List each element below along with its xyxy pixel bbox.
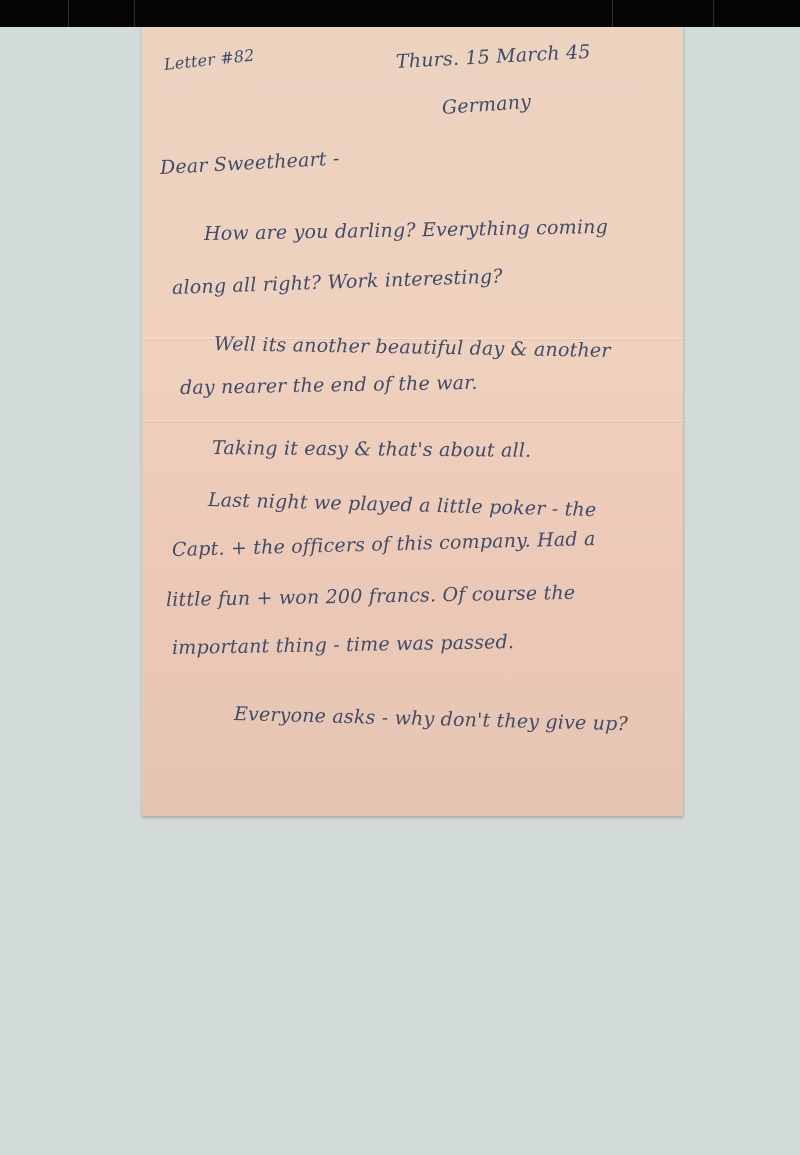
scanner-mark	[68, 0, 69, 27]
letter-place: Germany	[441, 91, 532, 119]
letter-number: Letter #82	[163, 46, 255, 74]
letter-date: Thurs. 15 March 45	[395, 41, 591, 73]
scanner-top-bar	[0, 0, 800, 27]
letter-paper: Letter #82 Thurs. 15 March 45 Germany De…	[142, 27, 683, 816]
paper-fold-line	[142, 420, 683, 421]
letter-salutation: Dear Sweetheart -	[159, 148, 340, 179]
letter-line: Taking it easy & that's about all.	[212, 437, 532, 462]
scanner-mark	[612, 0, 613, 27]
letter-line: little fun + won 200 francs. Of course t…	[166, 582, 576, 611]
scanner-mark	[713, 0, 714, 27]
letter-line: Capt. + the officers of this company. Ha…	[172, 528, 596, 561]
scanner-mark	[134, 0, 135, 27]
letter-line: along all right? Work interesting?	[172, 265, 503, 299]
letter-line: How are you darling? Everything coming	[204, 216, 608, 245]
letter-line: important thing - time was passed.	[172, 631, 514, 659]
letter-line: Everyone asks - why don't they give up?	[234, 703, 628, 735]
letter-line: Last night we played a little poker - th…	[208, 489, 597, 521]
letter-line: day nearer the end of the war.	[180, 372, 478, 399]
